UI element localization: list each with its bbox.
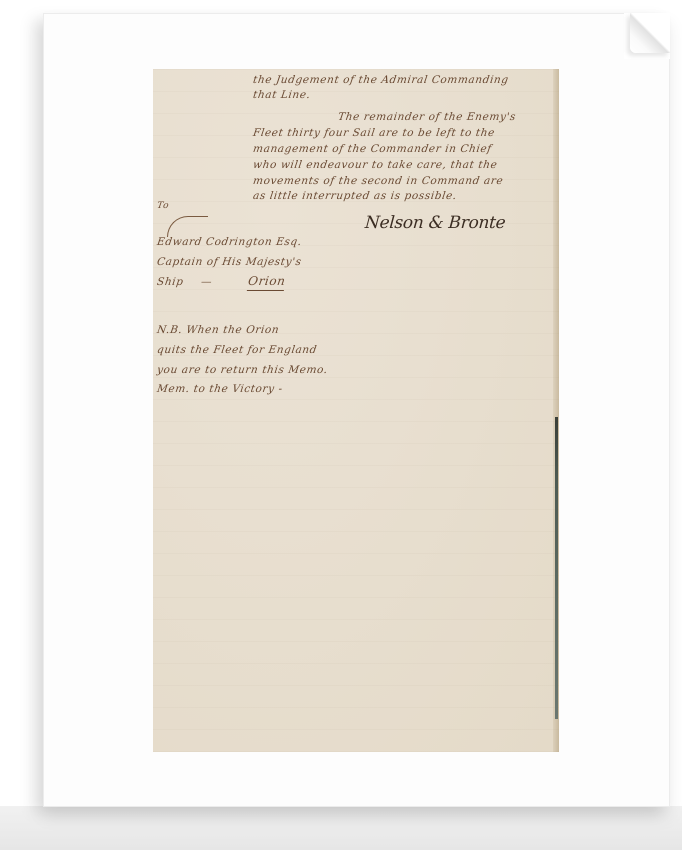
flourish-stroke xyxy=(167,216,208,237)
text-line-6: who will endeavour to take care, that th… xyxy=(252,158,498,173)
page-curl xyxy=(624,13,670,59)
ship-dash: — xyxy=(200,275,213,290)
text-line-5: management of the Commander in Chief xyxy=(252,142,493,157)
addressee-line-3: Ship xyxy=(156,275,185,290)
postscript-line-1: N.B. When the Orion xyxy=(156,323,280,338)
background-band xyxy=(0,806,682,850)
postscript-line-2: quits the Fleet for England xyxy=(156,343,318,358)
poster-print: the Judgement of the Admiral Commanding … xyxy=(43,13,670,807)
address-prefix: To xyxy=(156,199,170,214)
addressee-line-2: Captain of His Majesty's xyxy=(156,255,303,270)
ship-name: Orion xyxy=(247,274,287,291)
text-line-2: that Line. xyxy=(252,88,312,103)
text-line-4: Fleet thirty four Sail are to be left to… xyxy=(252,126,496,141)
postscript-line-4: Mem. to the Victory - xyxy=(156,382,284,397)
page-curl-fold xyxy=(630,13,670,53)
addressee-line-1: Edward Codrington Esq. xyxy=(156,235,303,250)
binding-ribbon xyxy=(555,417,558,719)
postscript-line-3: you are to return this Memo. xyxy=(156,363,329,378)
text-line-3: The remainder of the Enemy's xyxy=(337,110,517,125)
text-line-1: the Judgement of the Admiral Commanding xyxy=(252,73,510,88)
signature: Nelson & Bronte xyxy=(364,213,506,233)
text-line-7: movements of the second in Command are xyxy=(252,174,504,189)
manuscript-page: the Judgement of the Admiral Commanding … xyxy=(153,69,559,752)
text-line-8: as little interrupted as is possible. xyxy=(252,189,458,204)
